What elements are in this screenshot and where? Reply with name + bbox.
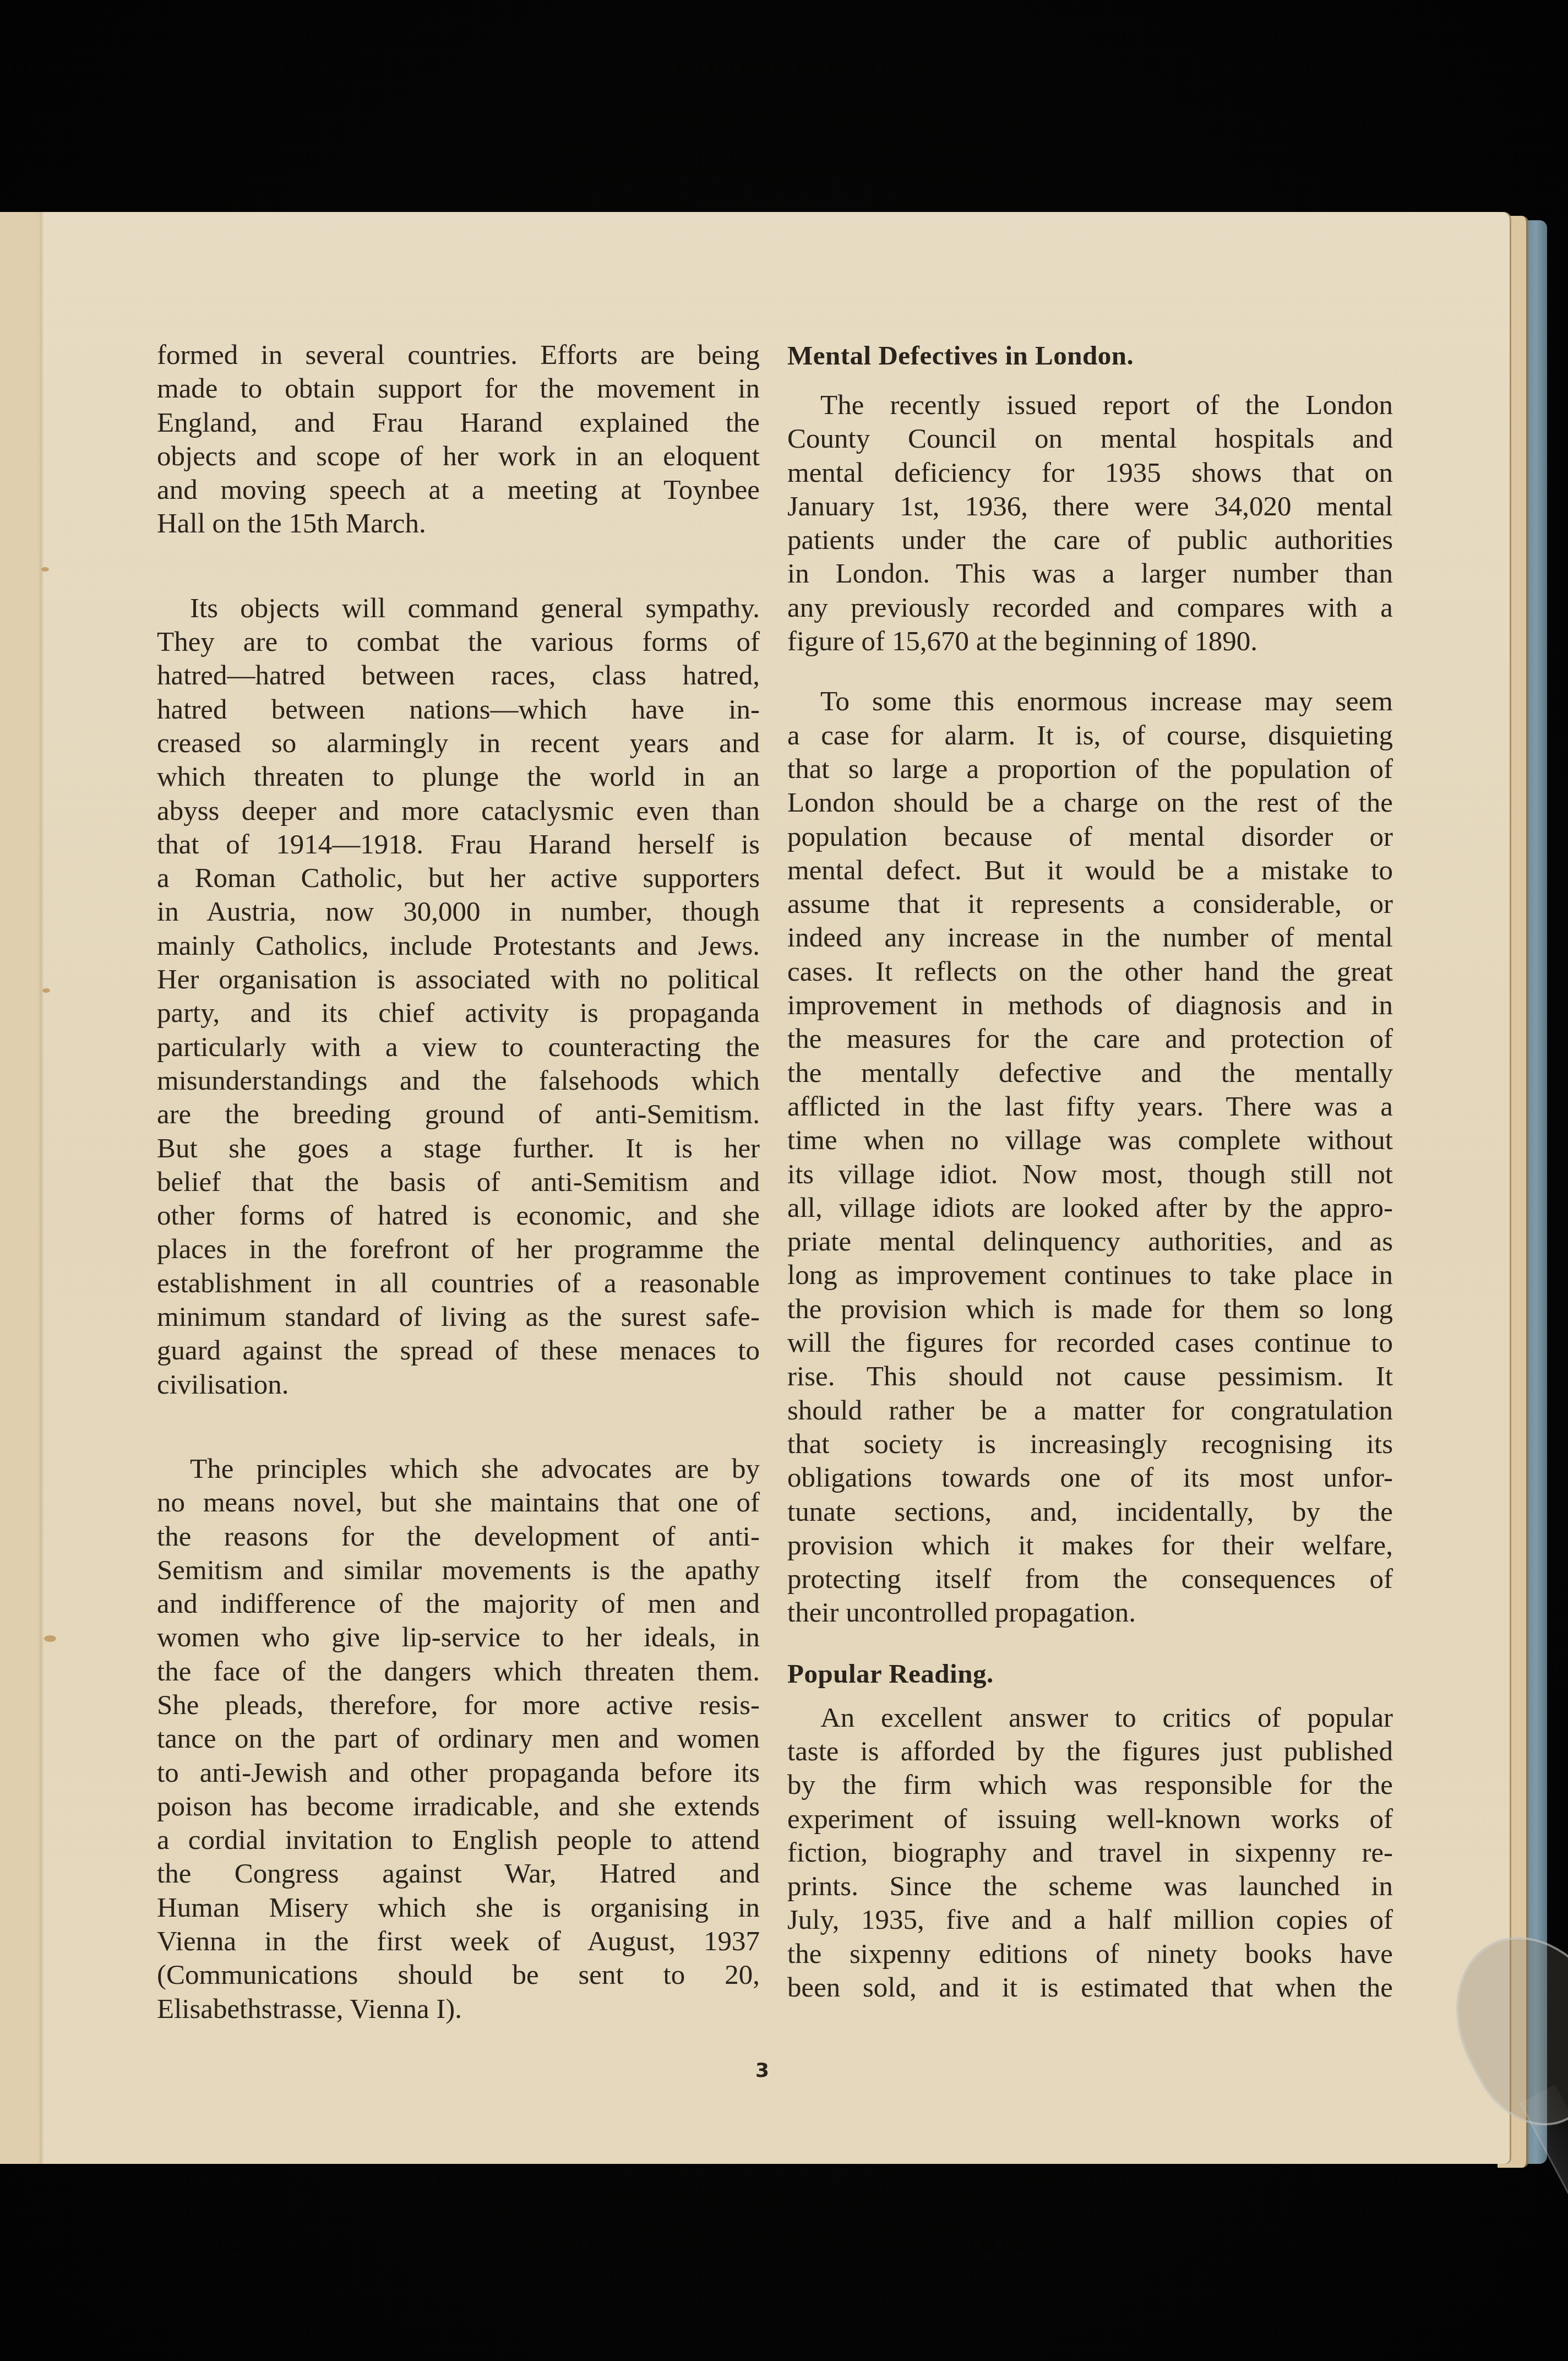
text-line: belief that the basis of anti-Semitism a… — [157, 1166, 760, 1199]
text-line: the reasons for the development of anti- — [157, 1520, 760, 1554]
text-line: establishment in all countries of a reas… — [157, 1267, 760, 1301]
text-line: should rather be a matter for congratula… — [787, 1394, 1393, 1428]
facing-page-strip — [0, 212, 39, 2164]
text-line: formed in several countries. Efforts are… — [157, 339, 760, 372]
text-line: the face of the dangers which threaten t… — [157, 1655, 760, 1689]
text-line: figure of 15,670 at the beginning of 189… — [787, 625, 1393, 659]
text-line: the sixpenny editions of ninety books ha… — [787, 1938, 1393, 1971]
text-line: abyss deeper and more cataclysmic even t… — [157, 795, 760, 828]
text-line: will the figures for recorded cases cont… — [787, 1326, 1393, 1360]
text-line: party, and its chief activity is propaga… — [157, 997, 760, 1030]
section-heading-popular-reading: Popular Reading. — [787, 1657, 1393, 1690]
text-line: priate mental delinquency authorities, a… — [787, 1225, 1393, 1259]
text-line: protecting itself from the consequences … — [787, 1563, 1393, 1596]
text-line: civilisation. — [157, 1368, 760, 1402]
text-line: rise. This should not cause pessimism. I… — [787, 1360, 1393, 1394]
text-line: the mentally defective and the mentally — [787, 1057, 1393, 1090]
text-line: mental deficiency for 1935 shows that on — [787, 456, 1393, 490]
text-line: Its objects will command general sympath… — [157, 592, 760, 625]
text-line: hatred between nations—which have in- — [157, 693, 760, 727]
text-line: time when no village was complete withou… — [787, 1124, 1393, 1157]
text-line: objects and scope of her work in an eloq… — [157, 440, 760, 474]
text-line: no means novel, but she maintains that o… — [157, 1486, 760, 1520]
text-line: their uncontrolled propagation. — [787, 1596, 1393, 1630]
text-line: to anti-Jewish and other propaganda befo… — [157, 1756, 760, 1790]
gutter-fold — [37, 212, 44, 2164]
paragraph-popular-reading: An excellent answer to critics of popula… — [787, 1701, 1393, 2005]
text-line: But she goes a stage further. It is her — [157, 1132, 760, 1166]
text-line: hatred—hatred between races, class hatre… — [157, 659, 760, 693]
text-line: that of 1914—1918. Frau Harand herself i… — [157, 828, 760, 862]
text-line: that society is increasingly recognising… — [787, 1428, 1393, 1461]
text-line: mainly Catholics, include Protestants an… — [157, 929, 760, 963]
text-line: guard against the spread of these menace… — [157, 1334, 760, 1368]
text-line: tunate sections, and, incidentally, by t… — [787, 1495, 1393, 1529]
text-line: prints. Since the scheme was launched in — [787, 1870, 1393, 1903]
text-line: misunderstandings and the falsehoods whi… — [157, 1064, 760, 1098]
text-line: long as improvement continues to take pl… — [787, 1259, 1393, 1292]
text-line: Human Misery which she is organising in — [157, 1891, 760, 1925]
text-line: The principles which she advocates are b… — [157, 1452, 760, 1486]
text-line: tance on the part of ordinary men and wo… — [157, 1722, 760, 1756]
paragraph-principles: The principles which she advocates are b… — [157, 1452, 760, 2026]
text-line: England, and Frau Harand explained the — [157, 406, 760, 440]
text-line: any previously recorded and compares wit… — [787, 591, 1393, 625]
book-page: formed in several countries. Efforts are… — [0, 212, 1511, 2164]
text-line: indeed any increase in the number of men… — [787, 921, 1393, 955]
text-line: London should be a charge on the rest of… — [787, 786, 1393, 820]
text-line: its village idiot. Now most, though stil… — [787, 1158, 1393, 1192]
foxing-spot — [44, 1635, 56, 1642]
text-line: are the breeding ground of anti-Semitism… — [157, 1098, 760, 1131]
text-line: afflicted in the last fifty years. There… — [787, 1090, 1393, 1124]
paragraph-objects: Its objects will command general sympath… — [157, 592, 760, 1402]
text-line: She pleads, therefore, for more active r… — [157, 1689, 760, 1722]
text-line: made to obtain support for the movement … — [157, 372, 760, 406]
text-line: all, village idiots are looked after by … — [787, 1192, 1393, 1225]
text-line: cases. It reflects on the other hand the… — [787, 955, 1393, 989]
text-line: The recently issued report of the London — [787, 389, 1393, 422]
text-line: creased so alarmingly in recent years an… — [157, 727, 760, 760]
text-line: January 1st, 1936, there were 34,020 men… — [787, 490, 1393, 524]
text-line: the measures for the care and protection… — [787, 1022, 1393, 1056]
foxing-spot — [41, 567, 49, 572]
text-line: in Austria, now 30,000 in number, though — [157, 895, 760, 929]
text-line: patients under the care of public author… — [787, 524, 1393, 557]
text-line: and indifference of the majority of men … — [157, 1587, 760, 1621]
text-line: which threaten to plunge the world in an — [157, 760, 760, 794]
text-line: Elisabethstrasse, Vienna I). — [157, 1993, 760, 2026]
text-line: provision which it makes for their welfa… — [787, 1529, 1393, 1563]
text-line: places in the forefront of her programme… — [157, 1233, 760, 1266]
text-line: An excellent answer to critics of popula… — [787, 1701, 1393, 1735]
text-line: other forms of hatred is economic, and s… — [157, 1199, 760, 1233]
text-line: that so large a proportion of the popula… — [787, 753, 1393, 786]
text-line: the Congress against War, Hatred and — [157, 1857, 760, 1891]
text-line: particularly with a view to counteractin… — [157, 1031, 760, 1064]
paragraph-frau-harand-intro: formed in several countries. Efforts are… — [157, 339, 760, 541]
paragraph-lcc-report: The recently issued report of the London… — [787, 389, 1393, 659]
text-line: Hall on the 15th March. — [157, 507, 760, 541]
text-line: been sold, and it is estimated that when… — [787, 1971, 1393, 2005]
text-line: by the firm which was responsible for th… — [787, 1769, 1393, 1802]
text-line: minimum standard of living as the surest… — [157, 1301, 760, 1334]
right-column: Mental Defectives in London. The recentl… — [787, 339, 1393, 2005]
text-line: improvement in methods of diagnosis and … — [787, 989, 1393, 1022]
text-line: poison has become irradicable, and she e… — [157, 1790, 760, 1824]
text-line: mental defect. But it would be a mistake… — [787, 854, 1393, 888]
text-line: a case for alarm. It is, of course, disq… — [787, 719, 1393, 753]
page-number: 3 — [755, 2059, 769, 2082]
foxing-spot — [42, 988, 50, 993]
text-line: County Council on mental hospitals and — [787, 422, 1393, 456]
text-line: Vienna in the first week of August, 1937 — [157, 1925, 760, 1959]
text-line: the provision which is made for them so … — [787, 1293, 1393, 1326]
paragraph-increase: To some this enormous increase may seem … — [787, 685, 1393, 1630]
text-line: Her organisation is associated with no p… — [157, 963, 760, 997]
text-line: (Communications should be sent to 20, — [157, 1959, 760, 1992]
text-line: They are to combat the various forms of — [157, 625, 760, 659]
text-line: experiment of issuing well-known works o… — [787, 1803, 1393, 1836]
text-line: population because of mental disorder or — [787, 820, 1393, 854]
text-line: assume that it represents a considerable… — [787, 888, 1393, 921]
section-heading-mental-defectives: Mental Defectives in London. — [787, 339, 1393, 372]
text-line: Semitism and similar movements is the ap… — [157, 1554, 760, 1587]
text-line: To some this enormous increase may seem — [787, 685, 1393, 719]
text-line: July, 1935, five and a half million copi… — [787, 1903, 1393, 1937]
text-line: obligations towards one of its most unfo… — [787, 1461, 1393, 1495]
text-line: and moving speech at a meeting at Toynbe… — [157, 474, 760, 507]
text-line: in London. This was a larger number than — [787, 557, 1393, 591]
blue-cover-edge — [1525, 220, 1547, 2164]
left-column: formed in several countries. Efforts are… — [157, 339, 760, 2026]
text-line: a cordial invitation to English people t… — [157, 1824, 760, 1857]
text-line: fiction, biography and travel in sixpenn… — [787, 1836, 1393, 1870]
text-line: a Roman Catholic, but her active support… — [157, 862, 760, 895]
text-line: taste is afforded by the figures just pu… — [787, 1735, 1393, 1769]
text-line: women who give lip-service to her ideals… — [157, 1621, 760, 1655]
